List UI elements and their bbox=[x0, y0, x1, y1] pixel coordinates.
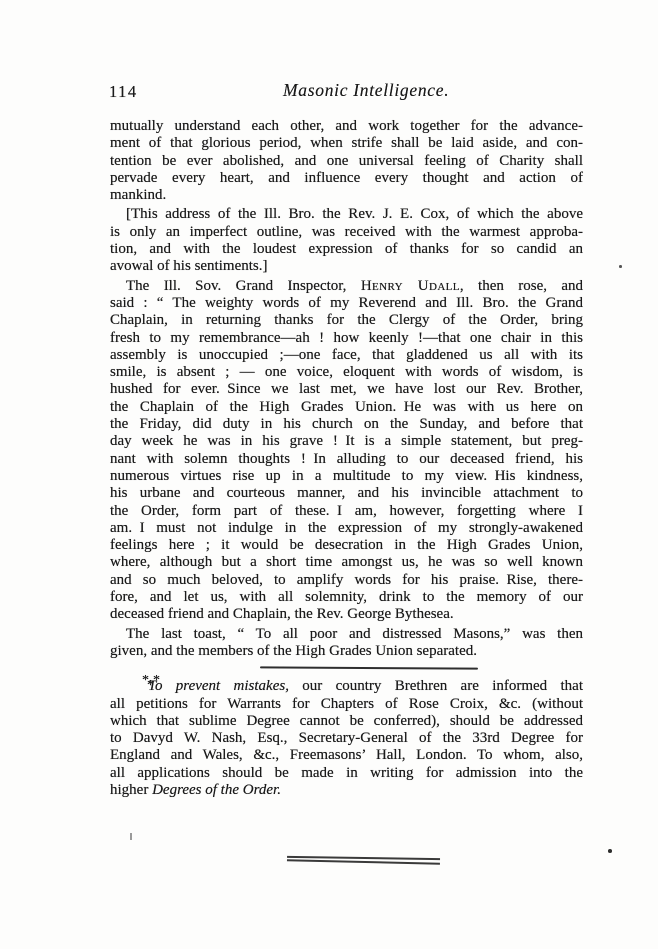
text-line: England and Wales, &c., Freemasons’ Hall… bbox=[110, 747, 583, 764]
text-segment: tion, and with the loudest expression of… bbox=[110, 241, 583, 257]
text-segment: mankind. bbox=[110, 187, 166, 203]
text-segment: nant with solemn thoughts ! In alluding … bbox=[110, 451, 583, 467]
text-line: pervade every heart, and influence every… bbox=[110, 170, 583, 187]
text-line: said : “ The weighty words of my Reveren… bbox=[110, 295, 583, 312]
text-segment: tention be ever abolished, and one unive… bbox=[110, 153, 583, 169]
text-segment: his urbane and courteous manner, and his… bbox=[110, 485, 583, 501]
text-segment: Chaplain, in returning thanks for the Cl… bbox=[110, 312, 583, 328]
text-line: fore, and let us, with all solemnity, dr… bbox=[110, 589, 583, 606]
text-line: hushed for ever. Since we last met, we h… bbox=[110, 381, 583, 398]
text-line: given, and the members of the High Grade… bbox=[110, 643, 583, 660]
editorial-note-paragraph: [This address of the Ill. Bro. the Rev. … bbox=[110, 206, 583, 275]
text-segment: The Ill. Sov. Grand Inspector, bbox=[126, 278, 361, 294]
text-line: ment of that glorious period, when strif… bbox=[110, 135, 583, 152]
text-segment: higher bbox=[110, 782, 152, 798]
text-segment: numerous virtues rise up in a multitude … bbox=[110, 468, 583, 484]
text-line: ***To prevent mistakes, our country Bret… bbox=[110, 678, 583, 695]
text-line: Chaplain, in returning thanks for the Cl… bbox=[110, 312, 583, 329]
text-line: where, although but a short time amongst… bbox=[110, 554, 583, 571]
text-line: avowal of his sentiments.] bbox=[110, 258, 583, 275]
text-line: [This address of the Ill. Bro. the Rev. … bbox=[110, 206, 583, 223]
text-segment: and so much beloved, to amplify words fo… bbox=[110, 572, 583, 588]
document-page: 114 Masonic Intelligence. mutually under… bbox=[0, 0, 658, 949]
text-line: all petitions for Warrants for Chapters … bbox=[110, 696, 583, 713]
text-segment: day week he was in his grave ! It is a s… bbox=[110, 433, 583, 449]
text-segment: all petitions for Warrants for Chapters … bbox=[110, 696, 583, 712]
text-segment: Degrees of the Order. bbox=[152, 782, 281, 798]
text-segment: said : “ The weighty words of my Reveren… bbox=[110, 295, 583, 311]
continuation-paragraph: mutually understand each other, and work… bbox=[110, 118, 583, 204]
notice-paragraph: ***To prevent mistakes, our country Bret… bbox=[110, 678, 583, 799]
text-line: fresh to my remembrance—ah ! how keenly … bbox=[110, 330, 583, 347]
text-line: to Davyd W. Nash, Esq., Secretary-Genera… bbox=[110, 730, 583, 747]
running-title: Masonic Intelligence. bbox=[283, 80, 449, 101]
text-segment: fore, and let us, with all solemnity, dr… bbox=[110, 589, 583, 605]
text-line: his urbane and courteous manner, and his… bbox=[110, 485, 583, 502]
text-segment: assembly is unoccupied ;—one face, that … bbox=[110, 347, 583, 363]
text-segment: the Chaplain of the High Grades Union. H… bbox=[110, 399, 583, 415]
text-segment: pervade every heart, and influence every… bbox=[110, 170, 583, 186]
text-line: numerous virtues rise up in a multitude … bbox=[110, 468, 583, 485]
last-toast-paragraph: The last toast, “ To all poor and distre… bbox=[110, 626, 583, 661]
text-line: is only an imperfect outline, was receiv… bbox=[110, 224, 583, 241]
text-line: nant with solemn thoughts ! In alluding … bbox=[110, 451, 583, 468]
text-segment: the Order, form part of these. I am, how… bbox=[110, 503, 583, 519]
text-segment: is only an imperfect outline, was receiv… bbox=[110, 224, 583, 240]
text-segment: Henry Udall bbox=[361, 278, 460, 294]
text-segment: where, although but a short time amongst… bbox=[110, 554, 583, 570]
bottom-rule bbox=[287, 856, 440, 865]
text-segment: am. I must not indulge in the expression… bbox=[110, 520, 583, 536]
text-line: tion, and with the loudest expression of… bbox=[110, 241, 583, 258]
text-line: the Friday, did duty in his church on th… bbox=[110, 416, 583, 433]
text-column: mutually understand each other, and work… bbox=[110, 118, 583, 799]
text-line: The Ill. Sov. Grand Inspector, Henry Uda… bbox=[110, 278, 583, 295]
ink-speck bbox=[619, 265, 622, 268]
text-segment: The last toast, “ To all poor and distre… bbox=[126, 626, 583, 642]
text-segment: deceased friend and Chaplain, the Rev. G… bbox=[110, 606, 454, 622]
text-segment: which that sublime Degree cannot be conf… bbox=[110, 713, 583, 729]
text-line: higher Degrees of the Order. bbox=[110, 782, 583, 799]
udall-speech-paragraph: The Ill. Sov. Grand Inspector, Henry Uda… bbox=[110, 278, 583, 624]
text-line: which that sublime Degree cannot be conf… bbox=[110, 713, 583, 730]
text-line: the Chaplain of the High Grades Union. H… bbox=[110, 399, 583, 416]
text-line: smile, is absent ; — one voice, eloquent… bbox=[110, 364, 583, 381]
text-line: The last toast, “ To all poor and distre… bbox=[110, 626, 583, 643]
text-segment: the Friday, did duty in his church on th… bbox=[110, 416, 583, 432]
text-line: and so much beloved, to amplify words fo… bbox=[110, 572, 583, 589]
text-segment: feelings here ; it would be desecration … bbox=[110, 537, 583, 553]
text-line: day week he was in his grave ! It is a s… bbox=[110, 433, 583, 450]
text-line: deceased friend and Chaplain, the Rev. G… bbox=[110, 606, 583, 623]
text-line: mutually understand each other, and work… bbox=[110, 118, 583, 135]
text-line: am. I must not indulge in the expression… bbox=[110, 520, 583, 537]
section-divider bbox=[260, 667, 478, 670]
text-segment: ment of that glorious period, when strif… bbox=[110, 135, 583, 151]
text-segment: England and Wales, &c., Freemasons’ Hall… bbox=[110, 747, 583, 763]
text-segment: smile, is absent ; — one voice, eloquent… bbox=[110, 364, 583, 380]
text-segment: all applications should be made in writi… bbox=[110, 765, 583, 781]
bottom-rule-line bbox=[287, 859, 440, 864]
text-line: all applications should be made in writi… bbox=[110, 765, 583, 782]
text-line: feelings here ; it would be desecration … bbox=[110, 537, 583, 554]
asterism-icon: *** bbox=[126, 678, 145, 691]
text-line: the Order, form part of these. I am, how… bbox=[110, 503, 583, 520]
text-line: tention be ever abolished, and one unive… bbox=[110, 153, 583, 170]
text-segment: , then rose, and bbox=[460, 278, 583, 294]
text-line: mankind. bbox=[110, 187, 583, 204]
text-segment: given, and the members of the High Grade… bbox=[110, 643, 477, 659]
text-segment: to Davyd W. Nash, Esq., Secretary-Genera… bbox=[110, 730, 583, 746]
text-segment: To prevent mistakes, bbox=[148, 678, 289, 694]
text-segment: avowal of his sentiments.] bbox=[110, 258, 267, 274]
text-segment: [This address of the Ill. Bro. the Rev. … bbox=[126, 206, 583, 222]
page-number: 114 bbox=[109, 82, 138, 102]
ink-speck bbox=[130, 833, 132, 840]
text-segment: mutually understand each other, and work… bbox=[110, 118, 583, 134]
text-segment: fresh to my remembrance—ah ! how keenly … bbox=[110, 330, 583, 346]
text-line: assembly is unoccupied ;—one face, that … bbox=[110, 347, 583, 364]
ink-speck bbox=[608, 849, 612, 853]
text-segment: hushed for ever. Since we last met, we h… bbox=[110, 381, 583, 397]
text-segment: our country Brethren are informed that bbox=[289, 678, 583, 694]
